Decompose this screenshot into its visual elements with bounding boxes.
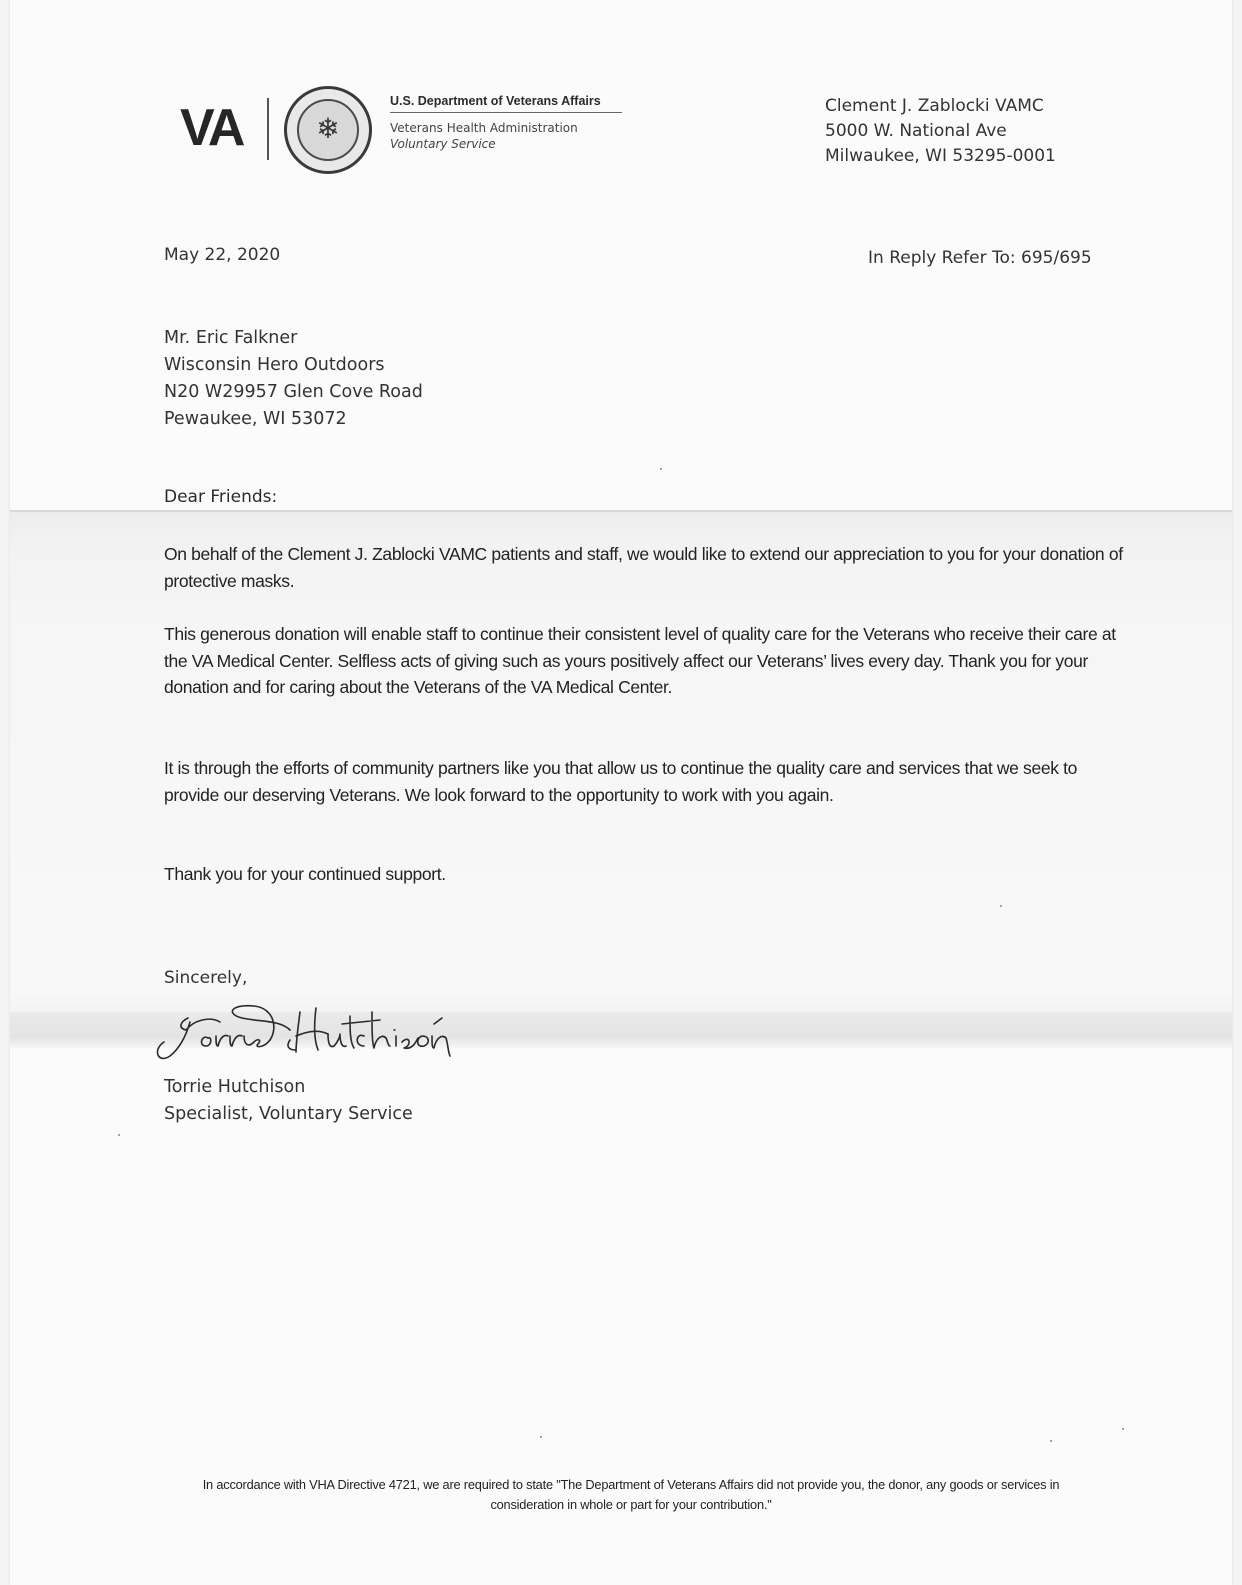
handwritten-signature bbox=[150, 990, 520, 1084]
scan-speck bbox=[660, 468, 662, 470]
closing: Sincerely, bbox=[164, 968, 247, 988]
va-seal-icon: ❄ bbox=[284, 86, 372, 174]
footer-disclaimer: In accordance with VHA Directive 4721, w… bbox=[170, 1475, 1092, 1515]
recipient-line: Mr. Eric Falkner bbox=[164, 325, 423, 352]
body-paragraph: Thank you for your continued support. bbox=[164, 861, 1124, 888]
salutation: Dear Friends: bbox=[164, 487, 277, 507]
scan-speck bbox=[1000, 905, 1002, 907]
logo-divider bbox=[267, 98, 269, 160]
body-paragraph: This generous donation will enable staff… bbox=[164, 621, 1124, 701]
recipient-line: N20 W29957 Glen Cove Road bbox=[164, 379, 423, 406]
seal-inner-ring: ❄ bbox=[297, 99, 359, 161]
scan-speck bbox=[118, 1134, 120, 1136]
recipient-line: Wisconsin Hero Outdoors bbox=[164, 352, 423, 379]
va-logo: VA bbox=[180, 100, 242, 156]
signer-title: Specialist, Voluntary Service bbox=[164, 1101, 413, 1128]
reference-number: In Reply Refer To: 695/695 bbox=[868, 248, 1092, 268]
administration-name: Veterans Health Administration bbox=[390, 121, 578, 135]
eagle-icon: ❄ bbox=[299, 109, 357, 149]
scan-speck bbox=[1122, 1428, 1124, 1430]
sender-line: 5000 W. National Ave bbox=[825, 119, 1056, 144]
recipient-address: Mr. Eric Falkner Wisconsin Hero Outdoors… bbox=[164, 325, 423, 433]
sender-line: Clement J. Zablocki VAMC bbox=[825, 94, 1056, 119]
body-paragraph: It is through the efforts of community p… bbox=[164, 755, 1124, 808]
signer-block: Torrie Hutchison Specialist, Voluntary S… bbox=[164, 1074, 413, 1128]
scan-speck bbox=[540, 1436, 542, 1438]
letter-page: VA ❄ U.S. Department of Veterans Affairs… bbox=[10, 0, 1232, 1585]
body-paragraph: On behalf of the Clement J. Zablocki VAM… bbox=[164, 541, 1124, 594]
sender-address: Clement J. Zablocki VAMC 5000 W. Nationa… bbox=[825, 94, 1056, 169]
department-name: U.S. Department of Veterans Affairs bbox=[390, 94, 622, 113]
letter-date: May 22, 2020 bbox=[164, 245, 280, 265]
service-name: Voluntary Service bbox=[390, 137, 496, 151]
scan-speck bbox=[1050, 1440, 1052, 1442]
recipient-line: Pewaukee, WI 53072 bbox=[164, 406, 423, 433]
signer-name: Torrie Hutchison bbox=[164, 1074, 413, 1101]
sender-line: Milwaukee, WI 53295-0001 bbox=[825, 144, 1056, 169]
